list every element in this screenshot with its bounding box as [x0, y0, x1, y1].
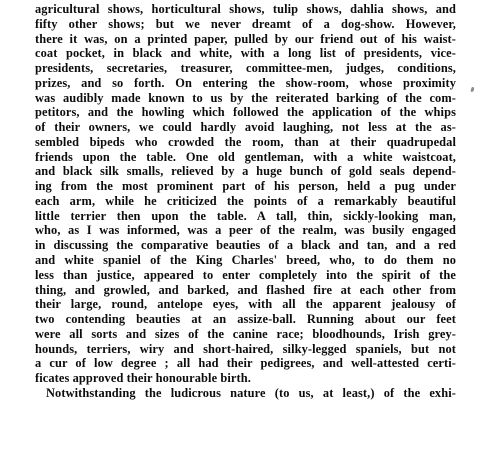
text-line: fifty other shows; but we never dreamt o… — [35, 17, 456, 32]
text-line: there it was, on a printed paper, pulled… — [35, 32, 456, 47]
text-line: and black silk smalls, relieved by a hug… — [35, 164, 456, 179]
text-line: agricultural shows, horticultural shows,… — [35, 2, 456, 17]
text-line: a cur of low degree ; all had their pedi… — [35, 356, 456, 371]
text-line: Notwithstanding the ludicrous nature (to… — [35, 386, 456, 401]
text-line: was audibly made known to us by the reit… — [35, 91, 456, 106]
text-line: prizes, and so forth. On entering the sh… — [35, 76, 456, 91]
text-line: presidents, secretaries, treasurer, comm… — [35, 61, 456, 76]
text-line: were all sorts and sizes of the canine r… — [35, 327, 456, 342]
text-line: hounds, terriers, wiry and short-haired,… — [35, 342, 456, 357]
text-line: less than justice, appeared to enter com… — [35, 268, 456, 283]
text-line: ing from the most prominent part of his … — [35, 179, 456, 194]
text-line: each arm, while he criticized the points… — [35, 194, 456, 209]
text-line: who, as I was informed, was a peer of th… — [35, 223, 456, 238]
scan-artifact-speck — [470, 87, 474, 93]
text-line: coat pocket, in black and white, with a … — [35, 46, 456, 61]
text-line: friends upon the table. One old gentlema… — [35, 150, 456, 165]
text-line: of their owners, we could hardly avoid l… — [35, 120, 456, 135]
text-line: little terrier then upon the table. A ta… — [35, 209, 456, 224]
text-line: thing, and growled, and barked, and flas… — [35, 283, 456, 298]
text-line: ficates approved their honourable birth. — [35, 371, 456, 386]
text-line: and white spaniel of the King Charles' b… — [35, 253, 456, 268]
text-line: sembled bipeds who crowded the room, tha… — [35, 135, 456, 150]
text-line: in discussing the comparative beauties o… — [35, 238, 456, 253]
text-line: petitors, and the howling which followed… — [35, 105, 456, 120]
scanned-book-page: agricultural shows, horticultural shows,… — [0, 0, 491, 466]
text-line: two contending beauties at an assize-bal… — [35, 312, 456, 327]
text-line: their large, round, antelope eyes, with … — [35, 297, 456, 312]
page-text-block: agricultural shows, horticultural shows,… — [35, 2, 456, 401]
